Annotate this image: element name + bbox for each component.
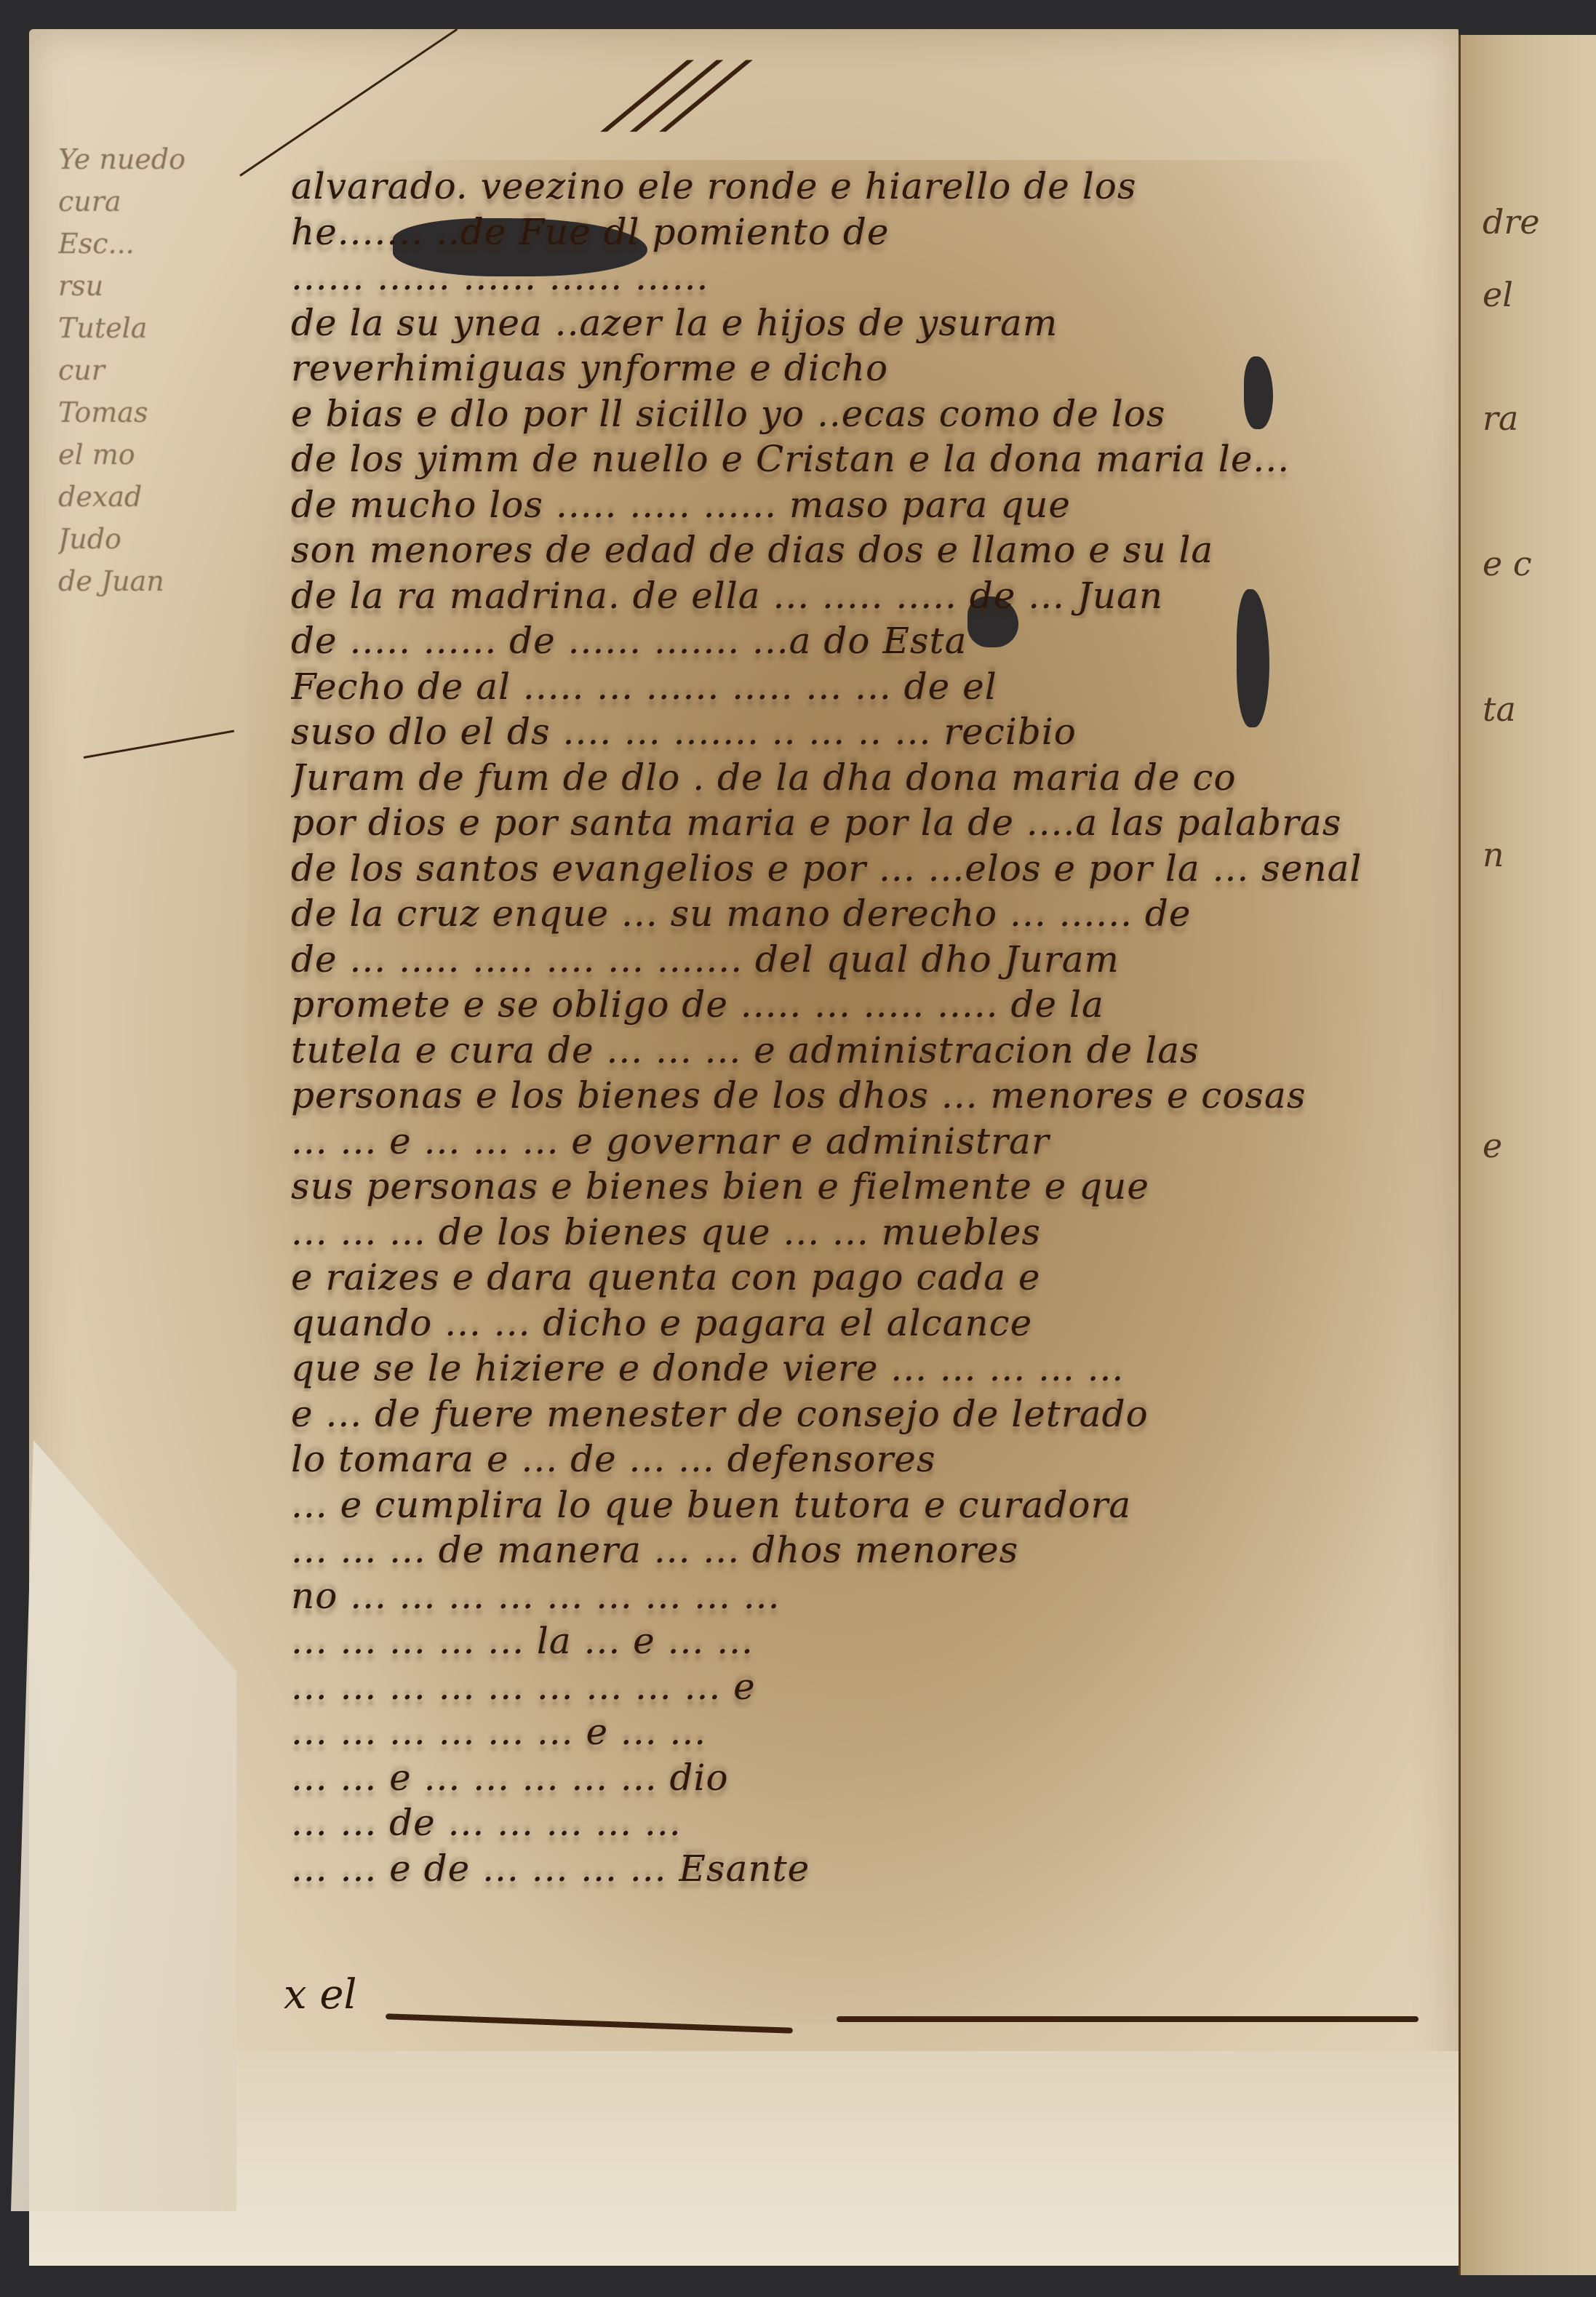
margin-note: de Juan <box>58 560 247 602</box>
text-line: lo tomara e ... de ... ... defensores <box>291 1437 1455 1482</box>
adjacent-page-edge: dre el ra e c ta n e <box>1459 35 1596 2275</box>
text-line: de ..... ...... de ...... ....... ...a d… <box>291 618 1455 664</box>
text-line: e bias e dlo por ll sicillo yo ..ecas co… <box>291 391 1455 437</box>
text-line: ... ... e ... ... ... e governar e admin… <box>291 1119 1455 1165</box>
adjacent-text-fragment: ta <box>1483 690 1516 729</box>
text-line: no ... ... ... ... ... ... ... ... ... <box>291 1573 1455 1619</box>
text-line: de la su ynea ..azer la e hijos de ysura… <box>291 300 1455 346</box>
text-line: reverhimiguas ynforme e dicho <box>291 345 1455 391</box>
text-line: e raizes e dara quenta con pago cada e <box>291 1255 1455 1301</box>
text-line: Juram de fum de dlo . de la dha dona mar… <box>291 755 1455 801</box>
text-line: de ... ..... ..... .... ... ....... del … <box>291 937 1455 983</box>
margin-notes: Ye nuedo cura Esc... rsu Tutela cur Toma… <box>58 138 247 602</box>
text-line: ... ... ... de manera ... ... dhos menor… <box>291 1527 1455 1573</box>
text-line: e ... de fuere menester de consejo de le… <box>291 1391 1455 1437</box>
text-line: promete e se obligo de ..... ... ..... .… <box>291 982 1455 1028</box>
text-line: de los yimm de nuello e Cristan e la don… <box>291 436 1455 482</box>
text-line: suso dlo el ds .... ... ....... .. ... .… <box>291 709 1455 755</box>
text-line: ... ... ... ... ... la ... e ... ... <box>291 1618 1455 1664</box>
text-line: de la cruz enque ... su mano derecho ...… <box>291 891 1455 937</box>
margin-note: dexad <box>58 476 247 518</box>
blank-lower-margin <box>29 2051 1459 2266</box>
text-line: ... ... e de ... ... ... ... Esante <box>291 1846 1455 1892</box>
closing-rule-right <box>837 2016 1419 2022</box>
text-line: alvarado. veezino ele ronde e hiarello d… <box>291 164 1455 209</box>
text-line: ... ... de ... ... ... ... ... <box>291 1800 1455 1846</box>
adjacent-text-fragment: n <box>1483 835 1504 874</box>
text-line: personas e los bienes de los dhos ... me… <box>291 1073 1455 1119</box>
margin-note: el mo <box>58 434 247 476</box>
text-line: he....... ..de Fue dl pomiento de <box>291 209 1455 255</box>
text-line: que se le hiziere e donde viere ... ... … <box>291 1346 1455 1391</box>
margin-note: cur <box>58 349 247 391</box>
margin-note: Ye nuedo <box>58 138 247 180</box>
margin-note: Tutela <box>58 307 247 349</box>
margin-note: Esc... <box>58 223 247 265</box>
text-line: ... ... ... ... ... ... ... ... ... e <box>291 1664 1455 1710</box>
text-line: ...... ...... ...... ...... ...... <box>291 255 1455 300</box>
text-line: de los santos evangelios e por ... ...el… <box>291 846 1455 892</box>
adjacent-text-fragment: e c <box>1483 544 1532 583</box>
text-line: ... ... ... de los bienes que ... ... mu… <box>291 1210 1455 1255</box>
margin-note: cura <box>58 180 247 223</box>
text-line: por dios e por santa maria e por la de .… <box>291 800 1455 846</box>
margin-note: Tomas <box>58 391 247 434</box>
text-line: de la ra madrina. de ella ... ..... ....… <box>291 573 1455 619</box>
text-line: quando ... ... dicho e pagara el alcance <box>291 1301 1455 1346</box>
adjacent-text-fragment: e <box>1483 1126 1502 1165</box>
text-line: ... ... ... ... ... ... e ... ... <box>291 1709 1455 1755</box>
text-line: de mucho los ..... ..... ...... maso par… <box>291 482 1455 528</box>
manuscript-body: alvarado. veezino ele ronde e hiarello d… <box>291 164 1455 1891</box>
margin-note: rsu <box>58 265 247 307</box>
text-line: son menores de edad de dias dos e llamo … <box>291 527 1455 573</box>
text-line: ... e cumplira lo que buen tutora e cura… <box>291 1482 1455 1528</box>
adjacent-text-fragment: ra <box>1483 399 1518 438</box>
adjacent-text-fragment: el <box>1483 275 1513 314</box>
margin-note: Judo <box>58 518 247 560</box>
text-line: tutela e cura de ... ... ... e administr… <box>291 1028 1455 1074</box>
text-line: Fecho de al ..... ... ...... ..... ... .… <box>291 664 1455 710</box>
closing-mark: x el <box>284 1971 356 2018</box>
text-line: ... ... e ... ... ... ... ... dio <box>291 1755 1455 1801</box>
adjacent-text-fragment: dre <box>1483 202 1540 241</box>
text-line: sus personas e bienes bien e fielmente e… <box>291 1164 1455 1210</box>
